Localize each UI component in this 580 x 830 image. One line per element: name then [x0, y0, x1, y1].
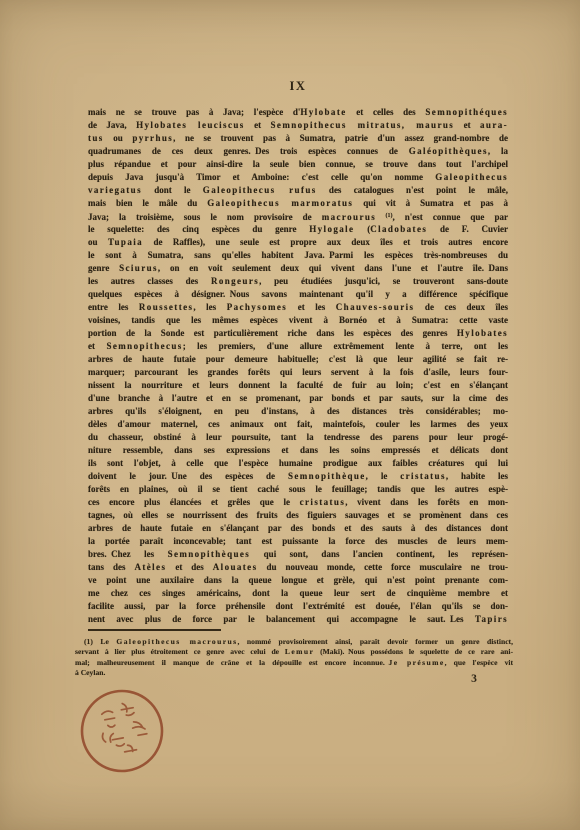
text-run: et: [454, 120, 480, 130]
text-line: depuis Java jusqu'à Timor et Amboine: c'…: [88, 171, 508, 184]
species-name: cristatus: [400, 471, 446, 481]
species-name: Galeopithecus macrourus: [116, 637, 237, 646]
text-line: Java; la troisième, sous le nom provisoi…: [88, 210, 508, 223]
species-name: aura-: [480, 120, 508, 130]
text-run: de Java,: [88, 120, 136, 130]
text-run: doivent le jour. Une des espèces de: [88, 471, 288, 481]
text-run: les autres classes des: [88, 276, 211, 286]
text-run: , on en voit seulement deux qui vivent d…: [158, 263, 508, 273]
text-run: qui vit à Sumatra et pas à: [353, 198, 508, 208]
text-run: , vivent dans les forêts en mon-: [345, 497, 508, 507]
text-line: arbres de haute futaie en s'élançant par…: [88, 522, 508, 535]
text-run: d'une branche à l'autre et en se promena…: [88, 393, 508, 403]
species-name: Hylogale: [309, 224, 354, 234]
text-run: et les: [287, 302, 336, 312]
text-run: de ces deux îles: [414, 302, 508, 312]
text-line: quelques espèces à désigner. Nous savons…: [88, 288, 508, 301]
text-line: les autres classes des Rongeurs, peu étu…: [88, 275, 508, 288]
text-line: mais bien le mâle du Galeopithecus marmo…: [88, 197, 508, 210]
text-line: dèles d'amour maternel, ces animaux ont …: [88, 418, 508, 431]
text-line: quadrumanes de ces deux genres. Des troi…: [88, 145, 508, 158]
text-line: forêts en plaines, où il se tient caché …: [88, 483, 508, 496]
text-run: bres. Chez les: [88, 549, 168, 559]
text-line: arbres de haute futaie pour demeure habi…: [88, 353, 508, 366]
text-run: ils sont l'objet, à celle que l'espèce h…: [88, 458, 508, 468]
text-run: arbres de haute futaie pour demeure habi…: [88, 354, 508, 364]
species-name: Rongeurs: [211, 276, 259, 286]
text-run: voisines, tandis que les mêmes espèces v…: [88, 315, 508, 325]
species-name: variegatus: [88, 185, 142, 195]
text-line: et Semnopithecus; les premiers, d'une al…: [88, 340, 508, 353]
text-run: qui sont, dans l'ancien continent, les r…: [250, 549, 508, 559]
species-name: Atèles: [134, 562, 166, 572]
species-name: Hylobates: [457, 328, 508, 338]
text-line: tans des Atèles et des Alouates du nouve…: [88, 561, 508, 574]
text-run: ou: [88, 237, 108, 247]
text-line: ils sont l'objet, à celle que l'espèce h…: [88, 457, 508, 470]
book-page: IX mais ne se trouve pas à Java; l'espèc…: [0, 0, 580, 830]
text-line: genre Sciurus, on en voit seulement deux…: [88, 262, 508, 275]
species-name: Roussettes: [139, 302, 194, 312]
text-run: depuis Java jusqu'à Timor et Amboine: c'…: [88, 172, 435, 182]
text-run: marquer; parcourant les grandes forêts q…: [88, 367, 508, 377]
text-run: des catalogues n'est point le mâle,: [317, 185, 508, 195]
text-run: (: [354, 224, 370, 234]
text-run: de Raffles), une seule est propre aux de…: [143, 237, 508, 247]
text-line: nissent la nourriture et leurs donnent l…: [88, 379, 508, 392]
text-run: Java; la troisième, sous le nom provisoi…: [88, 212, 322, 222]
text-run: , n'est connue que par: [392, 212, 508, 222]
text-line: le squelette: des cinq espèces du genre …: [88, 223, 508, 236]
text-run: plus répandue et pour ainsi-dire la seul…: [88, 159, 508, 169]
species-name: Alouates: [213, 562, 258, 572]
text-line: servant à lier plus étroitement ce genre…: [75, 647, 513, 657]
text-run: , la: [488, 146, 508, 156]
species-name: Tapirs: [475, 614, 508, 624]
text-line: à Ceylan.: [75, 668, 513, 678]
text-run: ; les premiers, d'une allure extrêmement…: [183, 341, 508, 351]
text-line: plus répandue et pour ainsi-dire la seul…: [88, 158, 508, 171]
text-line: ou Tupaia de Raffles), une seule est pro…: [88, 236, 508, 249]
text-line: niture ressemble, dans ses expressions e…: [88, 444, 508, 457]
page-number: 3: [464, 673, 484, 685]
species-name: Chauves-souris: [336, 302, 415, 312]
text-run: (1) Le: [84, 637, 116, 646]
text-run: la portée paraît inconcevable; tant est …: [88, 536, 508, 546]
text-line: tus ou pyrrhus, ne se trouvent pas à Sum…: [88, 132, 508, 145]
species-name: pyrrhus: [132, 133, 173, 143]
text-line: d'une branche à l'autre et en se promena…: [88, 392, 508, 405]
text-line: voisines, tandis que les mêmes espèces v…: [88, 314, 508, 327]
text-line: mais ne se trouve pas à Java; l'espèce d…: [88, 106, 508, 119]
species-name: tus: [88, 133, 104, 143]
library-seal-stamp: [70, 679, 174, 783]
text-line: mal; malheureusement il manque de crâne …: [75, 658, 513, 668]
text-run: mais ne se trouve pas à Java; l'espèce d…: [88, 107, 300, 117]
species-name: Semnopithecus mitratus, maurus: [271, 120, 455, 130]
species-name: Semnopithèque: [288, 471, 366, 481]
text-run: à Ceylan.: [75, 668, 105, 677]
text-line: marquer; parcourant les grandes forêts q…: [88, 366, 508, 379]
species-name: Pachysomes: [227, 302, 288, 312]
text-run: et celles des: [347, 107, 426, 117]
footnote-marker: (1): [376, 213, 392, 219]
text-line: nent avec plus de force par le balanceme…: [88, 613, 508, 626]
text-run: tans des: [88, 562, 134, 572]
text-run: mal; malheureusement il manque de crâne …: [75, 658, 389, 667]
species-name: Lemur: [285, 647, 314, 656]
text-run: entre les: [88, 302, 139, 312]
text-line: de Java, Hylobates leuciscus et Semnopit…: [88, 119, 508, 132]
species-name: Semnopithecus: [106, 341, 182, 351]
text-run: le squelette: des cinq espèces du genre: [88, 224, 309, 234]
text-run: arbres de haute futaie en s'élançant par…: [88, 523, 508, 533]
species-name: Hylobate: [300, 107, 346, 117]
text-line: le sont à Sumatra, sans qu'elles habiten…: [88, 249, 508, 262]
text-line: facilite aussi, par la force préhensile …: [88, 600, 508, 613]
text-line: (1) Le Galeopithecus macrourus, nommé pr…: [75, 637, 513, 647]
text-run: , habite les: [446, 471, 508, 481]
text-run: mais bien le mâle du: [88, 198, 207, 208]
text-line: doivent le jour. Une des espèces de Semn…: [88, 470, 508, 483]
red-seal-icon: [70, 679, 174, 783]
text-line: tagnes, où elles se nourrissent des frui…: [88, 509, 508, 522]
text-run: du nouveau monde, cette force musculaire…: [257, 562, 508, 572]
text-run: (Maki). Nous possédons le squelette de c…: [314, 647, 513, 656]
text-run: , nommé provisoirement ainsi, paraît dev…: [237, 637, 513, 646]
text-line: bres. Chez les Semnopithèques qui sont, …: [88, 548, 508, 561]
species-name: Galeopithecus marmoratus: [207, 198, 353, 208]
text-line: du chasseur, obstiné à leur poursuite, t…: [88, 431, 508, 444]
text-run: niture ressemble, dans ses expressions e…: [88, 445, 508, 455]
text-run: ou: [104, 133, 133, 143]
text-run: , que l'espèce vit: [445, 658, 513, 667]
text-run: servant à lier plus étroitement ce genre…: [75, 647, 285, 656]
text-run: dont le: [142, 185, 203, 195]
text-run: portion de la Sonde est particulièrement…: [88, 328, 457, 338]
footnote-rule: [88, 629, 221, 631]
text-run: de F. Cuvier: [427, 224, 508, 234]
text-line: portion de la Sonde est particulièrement…: [88, 327, 508, 340]
text-run: , peu étudiées jusqu'ici, se trouveront …: [259, 276, 508, 286]
body-text: mais ne se trouve pas à Java; l'espèce d…: [88, 106, 508, 626]
text-run: et: [245, 120, 271, 130]
text-line: ces encore plus élancées et grêles que l…: [88, 496, 508, 509]
species-name: Hylobates leuciscus: [136, 120, 245, 130]
text-run: le sont à Sumatra, sans qu'elles habiten…: [88, 250, 508, 260]
text-run: , ne se trouvent pas à Sumatra, patrie d…: [173, 133, 508, 143]
text-run: genre: [88, 263, 119, 273]
text-run: ve point une auxilaire dans la queue lon…: [88, 575, 508, 585]
text-line: entre les Roussettes, les Pachysomes et …: [88, 301, 508, 314]
text-run: nent avec plus de force par le balanceme…: [88, 614, 475, 624]
species-name: cristatus: [300, 497, 346, 507]
species-name: macrourus: [322, 212, 376, 222]
text-run: quadrumanes de ces deux genres. Des troi…: [88, 146, 409, 156]
text-line: variegatus dont le Galeopithecus rufus d…: [88, 184, 508, 197]
species-name: Tupaia: [108, 237, 143, 247]
species-name: Galéopithèques: [409, 146, 488, 156]
species-name: Sciurus: [119, 263, 158, 273]
species-name: Semnopithèques: [168, 549, 251, 559]
species-name: Galeopithecus rufus: [203, 185, 317, 195]
text-run: , le: [366, 471, 401, 481]
text-run: ces encore plus élancées et grêles que l…: [88, 497, 300, 507]
footnote: (1) Le Galeopithecus macrourus, nommé pr…: [75, 637, 513, 678]
text-run: du chasseur, obstiné à leur poursuite, t…: [88, 432, 508, 442]
species-name: Galeopithecus: [435, 172, 508, 182]
text-line: arbres qu'ils s'éloignent, en peu d'inst…: [88, 405, 508, 418]
text-run: dèles d'amour maternel, ces animaux ont …: [88, 419, 508, 429]
text-run: me chez ces singes américains, dont la q…: [88, 588, 508, 598]
text-line: me chez ces singes américains, dont la q…: [88, 587, 508, 600]
species-name: Je présume: [389, 658, 445, 667]
text-run: nissent la nourriture et leurs donnent l…: [88, 380, 508, 390]
species-name: Cladobates: [370, 224, 427, 234]
text-run: forêts en plaines, où il se tient caché …: [88, 484, 508, 494]
text-run: tagnes, où elles se nourrissent des frui…: [88, 510, 508, 520]
species-name: Semnopithéques: [425, 107, 508, 117]
text-run: et: [88, 341, 106, 351]
section-number: IX: [88, 79, 508, 94]
text-run: quelques espèces à désigner. Nous savons…: [88, 289, 508, 299]
text-line: ve point une auxilaire dans la queue lon…: [88, 574, 508, 587]
text-run: facilite aussi, par la force préhensile …: [88, 601, 508, 611]
text-run: et des: [166, 562, 212, 572]
text-run: , les: [193, 302, 226, 312]
text-run: arbres qu'ils s'éloignent, en peu d'inst…: [88, 406, 508, 416]
text-line: la portée paraît inconcevable; tant est …: [88, 535, 508, 548]
